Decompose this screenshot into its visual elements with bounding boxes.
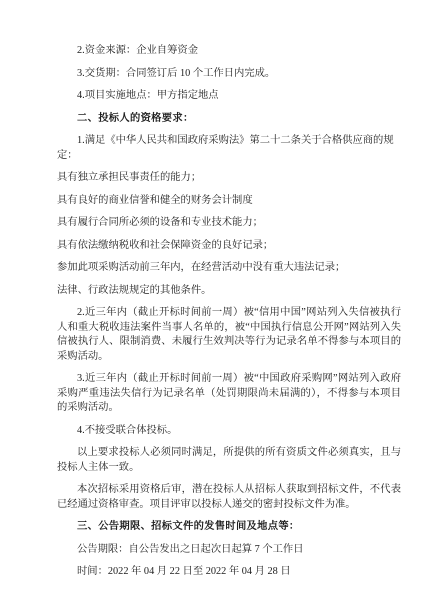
- section-heading-bidder-qualifications: 二、投标人的资格要求：: [57, 112, 401, 127]
- section-heading-announcement-period: 三、公告期限、招标文件的发售时间及地点等：: [57, 520, 401, 535]
- paragraph-funding-source: 2.资金来源：企业自筹资金: [57, 44, 401, 59]
- paragraph-civil-liability: 具有独立承担民事责任的能力；: [57, 171, 401, 186]
- paragraph-tax-social-security: 具有依法缴纳税收和社会保障资金的良好记录；: [57, 239, 401, 254]
- document-page: 2.资金来源：企业自筹资金 3.交货期：合同签订后 10 个工作日内完成。 4.…: [0, 0, 431, 607]
- paragraph-post-qualification-review: 本次招标采用资格后审，潜在投标人从招标人获取到招标文件，不代表已经通过资格审查。…: [57, 483, 401, 512]
- paragraph-announcement-duration: 公告期限：自公告发出之日起次日起算 7 个工作日: [57, 543, 401, 558]
- paragraph-implementation-site: 4.项目实施地点：甲方指定地点: [57, 89, 401, 104]
- paragraph-announcement-dates: 时间：2022 年 04 月 22 日至 2022 年 04 月 28 日: [57, 565, 401, 580]
- paragraph-business-reputation: 具有良好的商业信誉和健全的财务会计制度: [57, 194, 401, 209]
- paragraph-requirements-note: 以上要求投标人必须同时满足，所提供的所有资质文件必须真实，且与投标人主体一致。: [57, 446, 401, 475]
- paragraph-no-consortium-bids: 4.不接受联合体投标。: [57, 424, 401, 439]
- paragraph-credit-china-clause: 2.近三年内（截止开标时间前一周）被“信用中国”网站列入失信被执行人和重大税收违…: [57, 306, 401, 364]
- paragraph-no-major-violations: 参加此项采购活动前三年内，在经营活动中没有重大违法记录；: [57, 261, 401, 276]
- paragraph-other-legal-conditions: 法律、行政法规规定的其他条件。: [57, 284, 401, 299]
- paragraph-delivery-period: 3.交货期：合同签订后 10 个工作日内完成。: [57, 67, 401, 82]
- paragraph-ccgp-blacklist-clause: 3.近三年内（截止开标时间前一周）被“中国政府采购网”网站列入政府采购严重违法失…: [57, 372, 401, 416]
- paragraph-qualification-law: 1.满足《中华人民共和国政府采购法》第二十二条关于合格供应商的规定：: [57, 134, 401, 163]
- paragraph-equipment-capability: 具有履行合同所必须的设备和专业技术能力；: [57, 216, 401, 231]
